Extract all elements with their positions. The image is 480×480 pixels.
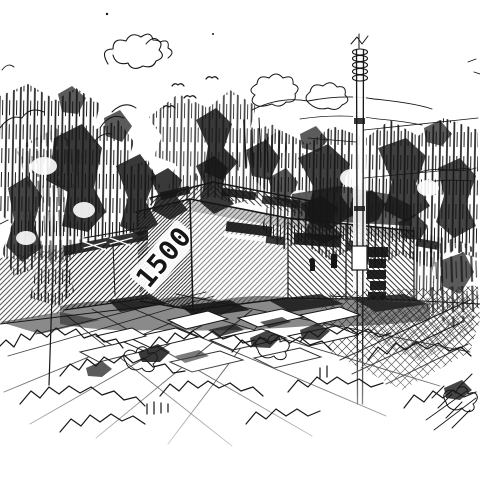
- sketch-svg: 1500: [0, 0, 480, 480]
- foreground-fade: [0, 336, 480, 480]
- ink-sketch-canvas: 1500: [0, 0, 480, 480]
